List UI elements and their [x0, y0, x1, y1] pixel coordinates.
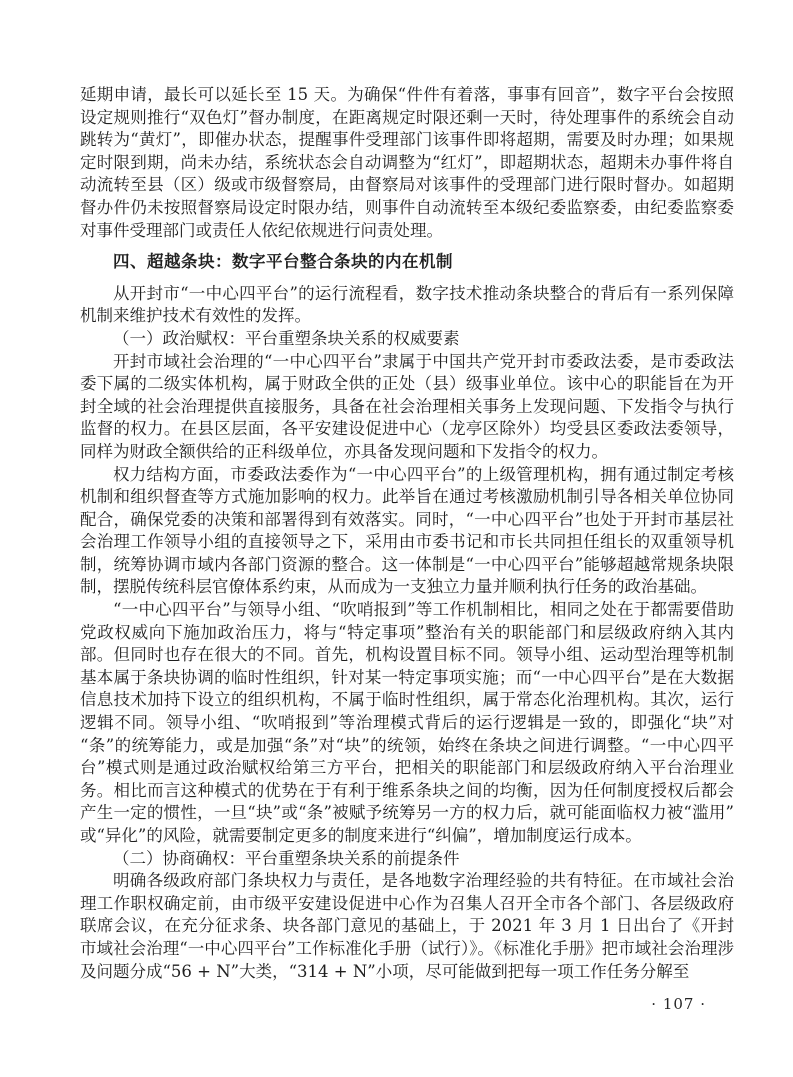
section-heading: 四、超越条块：数字平台整合条块的内在机制	[80, 251, 734, 274]
paragraph: 明确各级政府部门条块权力与责任，是各地数字治理经验的共有特征。在市域社会治理工作…	[80, 870, 734, 983]
text-block: 延期申请，最长可以延长至 15 天。为确保“件件有着落，事事有回音”，数字平台会…	[80, 84, 734, 983]
subsection-heading-1: （一）政治赋权：平台重塑条块关系的权威要素	[80, 328, 734, 351]
subsection-heading-2: （二）协商确权：平台重塑条块关系的前提条件	[80, 848, 734, 871]
paragraph-continuation: 延期申请，最长可以延长至 15 天。为确保“件件有着落，事事有回音”，数字平台会…	[80, 84, 734, 242]
document-page: 延期申请，最长可以延长至 15 天。为确保“件件有着落，事事有回音”，数字平台会…	[0, 0, 793, 1077]
page-number: · 107 ·	[80, 995, 734, 1013]
paragraph: 从开封市“一中心四平台”的运行流程看，数字技术推动条块整合的背后有一系列保障机制…	[80, 283, 734, 328]
paragraph: “一中心四平台”与领导小组、“吹哨报到”等工作机制相比，相同之处在于都需要借助党…	[80, 599, 734, 848]
paragraph: 权力结构方面，市委政法委作为“一中心四平台”的上级管理机构，拥有通过制定考核机制…	[80, 464, 734, 600]
paragraph: 开封市域社会治理的“一中心四平台”隶属于中国共产党开封市委政法委，是市委政法委下…	[80, 351, 734, 464]
